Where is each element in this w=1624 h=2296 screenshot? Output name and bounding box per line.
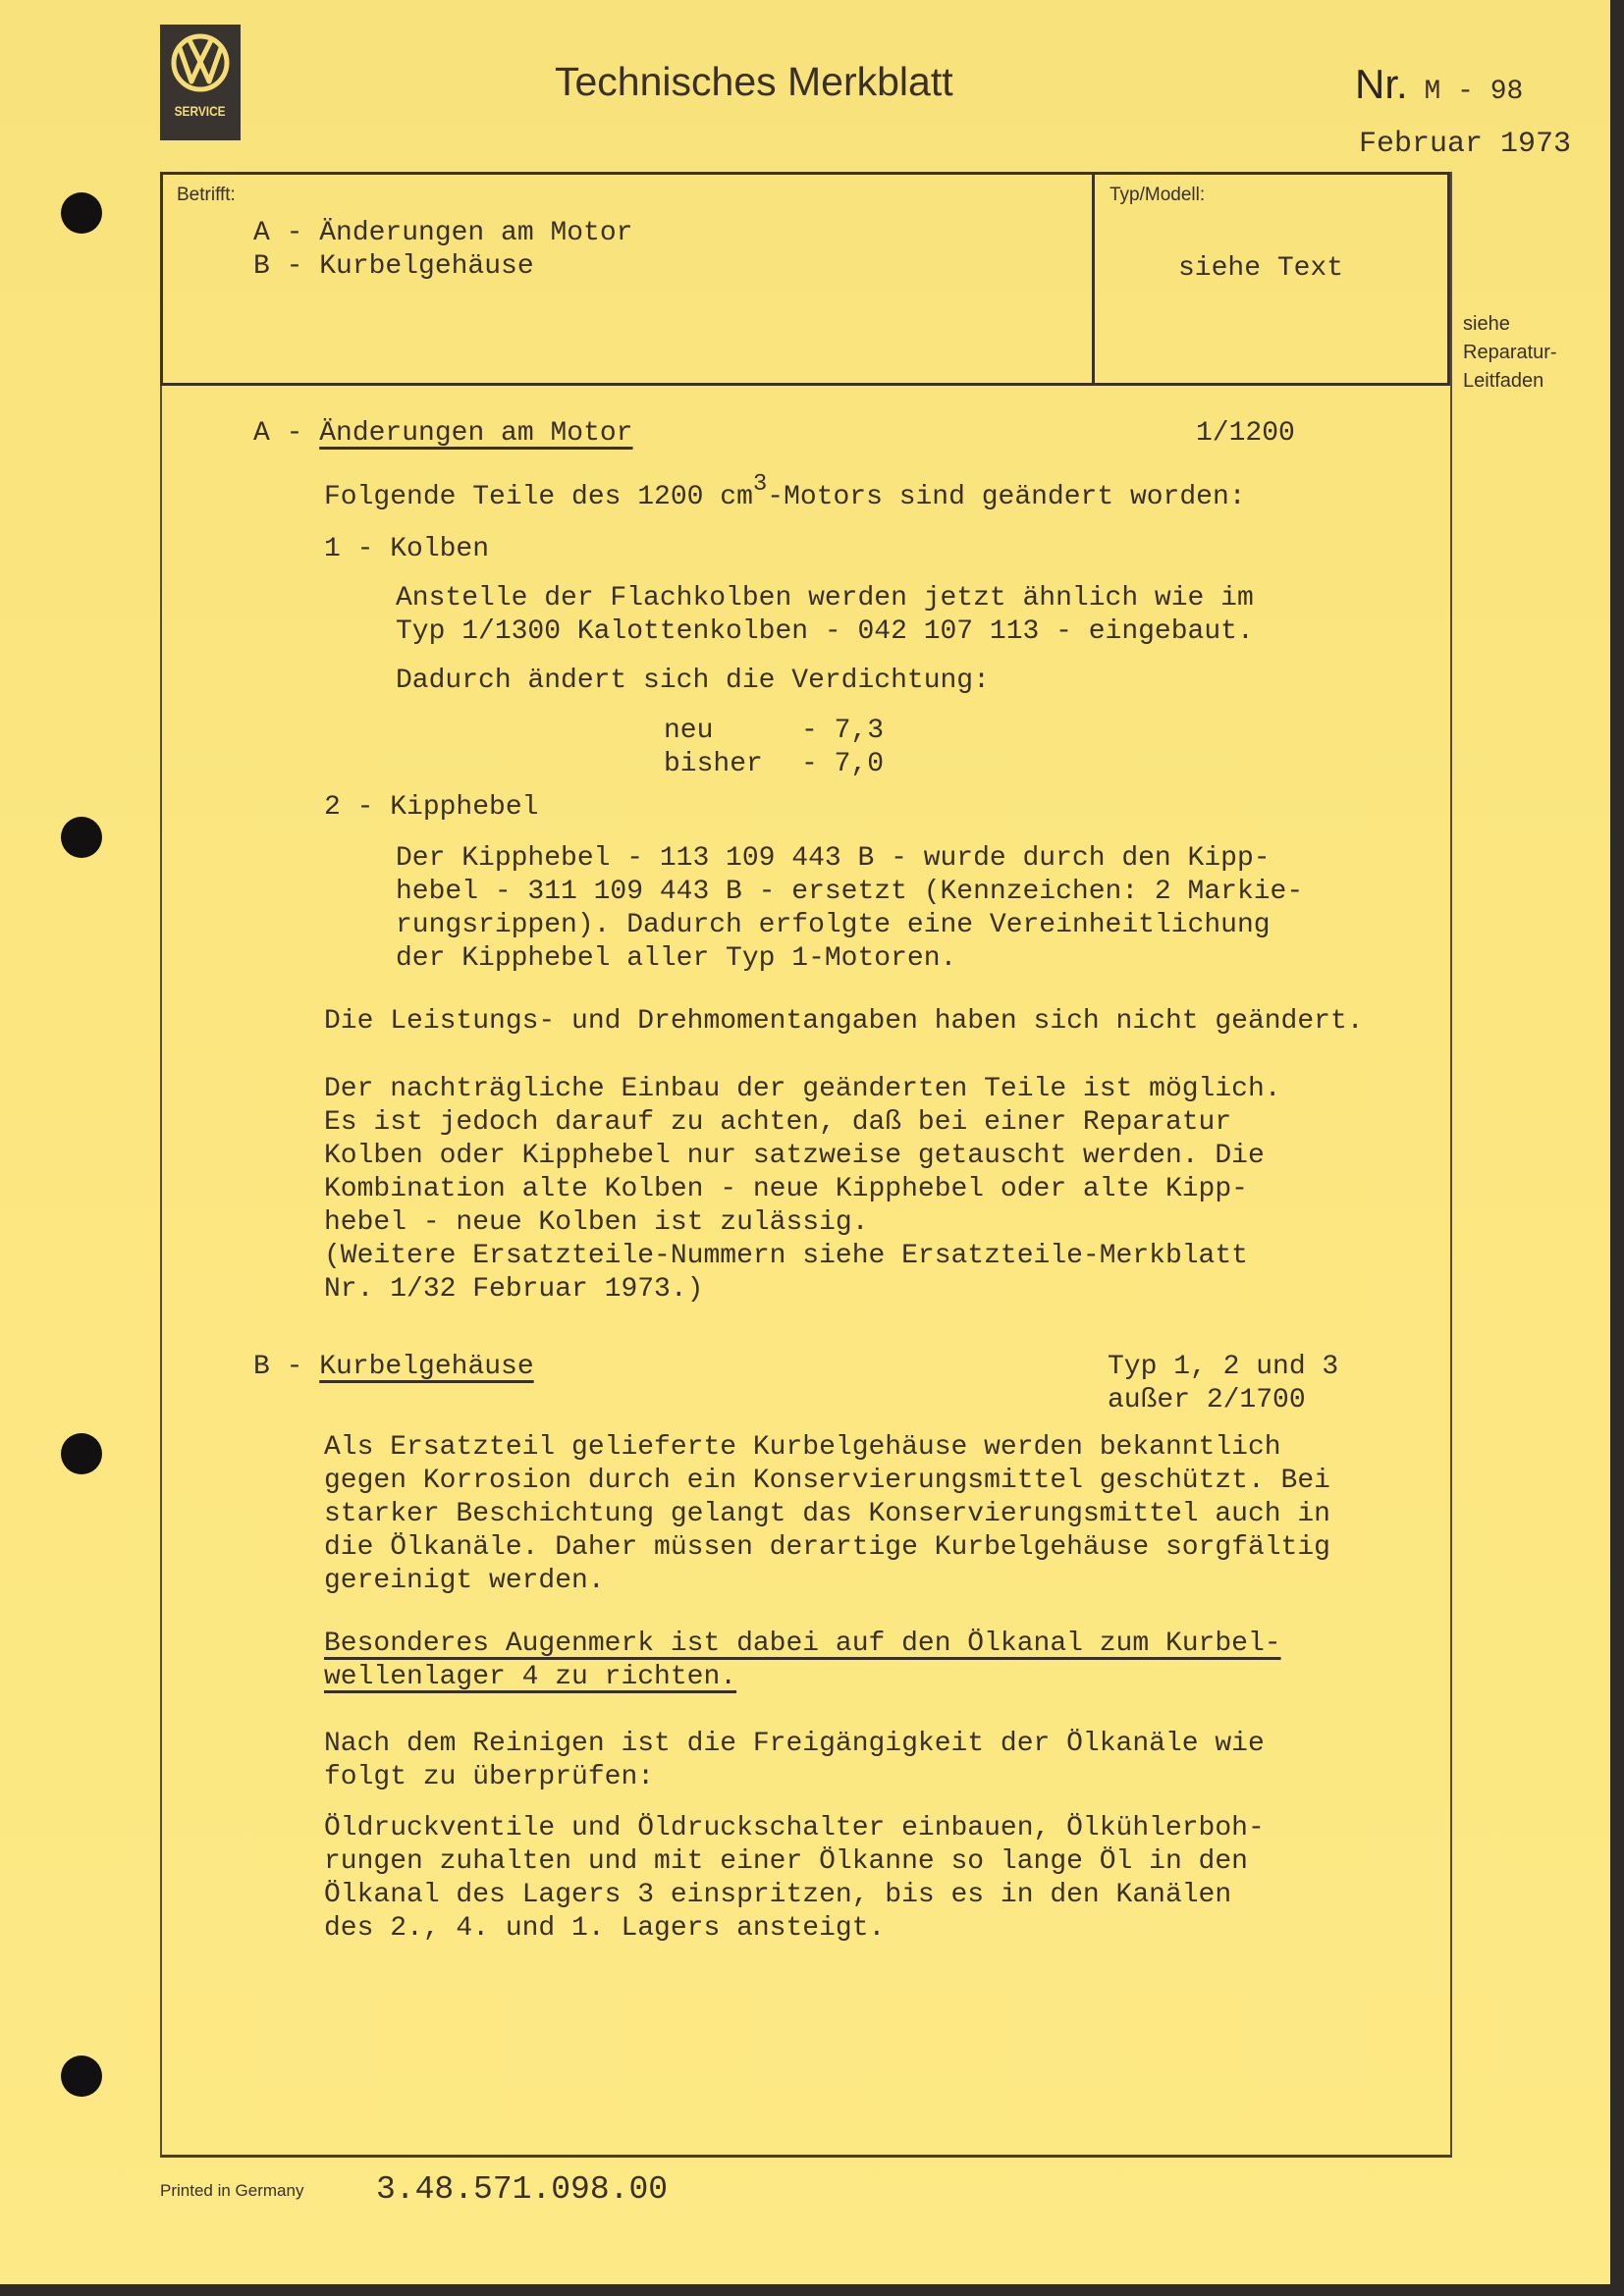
section-title: Änderungen am Motor <box>319 418 632 449</box>
side-note-line: siehe <box>1463 310 1557 339</box>
vw-service-logo: SERVICE <box>160 25 241 140</box>
side-note-line: Leitfaden <box>1463 367 1557 396</box>
para1-line: die Ölkanäle. Daher müssen derartige Kur… <box>324 1531 1330 1565</box>
item-2-line: hebel - 311 109 443 B - ersetzt (Kennzei… <box>396 876 1303 909</box>
section-title: Kurbelgehäuse <box>319 1352 533 1382</box>
subject-item: B - Kurbelgehäuse <box>253 251 534 282</box>
logo-service-text: SERVICE <box>175 103 226 119</box>
para2-line: folgt zu überprüfen: <box>324 1761 654 1794</box>
intro-text: Folgende Teile des 1200 cm <box>324 482 753 512</box>
section-prefix: B - <box>253 1352 319 1382</box>
compression-value: - 7,3 <box>801 715 884 748</box>
item-2-title: 2 - Kipphebel <box>324 791 538 825</box>
section-b-heading: B - Kurbelgehäuse <box>253 1351 534 1384</box>
emphasis-line: Besonderes Augenmerk ist dabei auf den Ö… <box>324 1628 1281 1661</box>
item-2-line: Der Kipphebel - 113 109 443 B - wurde du… <box>396 842 1271 876</box>
para1-line: Als Ersatzteil gelieferte Kurbelgehäuse … <box>324 1431 1281 1465</box>
para3-line: des 2., 4. und 1. Lagers ansteigt. <box>324 1912 885 1946</box>
document-title: Technisches Merkblatt <box>555 59 953 105</box>
betrifft-label: Betrifft: <box>177 185 236 206</box>
retrofit-line: Nr. 1/32 Februar 1973.) <box>324 1273 703 1307</box>
number-value: M - 98 <box>1424 77 1523 107</box>
para1-line: starker Beschichtung gelangt das Konserv… <box>324 1498 1330 1531</box>
intro-text: -Motors sind geändert worden: <box>767 482 1245 512</box>
scan-border-right <box>1610 0 1624 2296</box>
section-b-model: außer 2/1700 <box>1108 1384 1306 1417</box>
performance-note: Die Leistungs- und Drehmomentangaben hab… <box>324 1005 1364 1039</box>
subject-item: A - Änderungen am Motor <box>253 218 632 248</box>
para3-line: Ölkanal des Lagers 3 einspritzen, bis es… <box>324 1879 1231 1912</box>
superscript: 3 <box>753 471 767 498</box>
item-2-line: rungsrippen). Dadurch erfolgte eine Vere… <box>396 909 1271 942</box>
section-a-intro: Folgende Teile des 1200 cm3-Motors sind … <box>324 481 1246 514</box>
retrofit-line: (Weitere Ersatzteile-Nummern siehe Ersat… <box>324 1240 1248 1273</box>
para1-line: gereinigt werden. <box>324 1565 605 1598</box>
compression-label: bisher <box>664 748 763 781</box>
punch-hole-icon <box>61 1433 102 1474</box>
typ-modell-label: Typ/Modell: <box>1110 185 1205 206</box>
retrofit-line: Kolben oder Kipphebel nur satzweise geta… <box>324 1140 1265 1173</box>
emphasis-line: wellenlager 4 zu richten. <box>324 1661 736 1694</box>
compression-intro: Dadurch ändert sich die Verdichtung: <box>396 665 990 698</box>
section-a-model: 1/1200 <box>1196 417 1295 451</box>
document-date: Februar 1973 <box>1359 128 1571 161</box>
retrofit-line: Der nachträgliche Einbau der geänderten … <box>324 1073 1281 1106</box>
section-a-heading: A - Änderungen am Motor <box>253 417 632 451</box>
document-code: 3.48.571.098.00 <box>376 2171 668 2208</box>
typ-modell-value: siehe Text <box>1178 253 1343 284</box>
subject-box-divider <box>1092 172 1095 386</box>
scan-border-bottom <box>0 2284 1624 2296</box>
compression-label: neu <box>664 715 713 748</box>
side-note: siehe Reparatur- Leitfaden <box>1463 310 1557 396</box>
item-1-line: Anstelle der Flachkolben werden jetzt äh… <box>396 582 1254 615</box>
printed-in-label: Printed in Germany <box>160 2181 303 2201</box>
retrofit-line: Kombination alte Kolben - neue Kipphebel… <box>324 1173 1248 1206</box>
number-label: Nr. <box>1355 61 1408 107</box>
retrofit-line: hebel - neue Kolben ist zulässig. <box>324 1206 869 1240</box>
document-number: Nr. M - 98 <box>1355 61 1523 108</box>
section-b-model: Typ 1, 2 und 3 <box>1108 1351 1338 1384</box>
punch-hole-icon <box>61 817 102 858</box>
item-1-title: 1 - Kolben <box>324 533 489 566</box>
retrofit-line: Es ist jedoch darauf zu achten, daß bei … <box>324 1106 1231 1140</box>
punch-hole-icon <box>61 2056 102 2097</box>
para3-line: rungen zuhalten und mit einer Ölkanne so… <box>324 1845 1248 1879</box>
vw-emblem-icon <box>170 32 231 93</box>
item-2-line: der Kipphebel aller Typ 1-Motoren. <box>396 942 956 976</box>
punch-hole-icon <box>61 192 102 234</box>
side-note-line: Reparatur- <box>1463 339 1557 367</box>
section-prefix: A - <box>253 418 319 449</box>
compression-value: - 7,0 <box>801 748 884 781</box>
para2-line: Nach dem Reinigen ist die Freigängigkeit… <box>324 1728 1265 1761</box>
item-1-line: Typ 1/1300 Kalottenkolben - 042 107 113 … <box>396 615 1254 649</box>
para3-line: Öldruckventile und Öldruckschalter einba… <box>324 1812 1265 1845</box>
para1-line: gegen Korrosion durch ein Konservierungs… <box>324 1465 1330 1498</box>
